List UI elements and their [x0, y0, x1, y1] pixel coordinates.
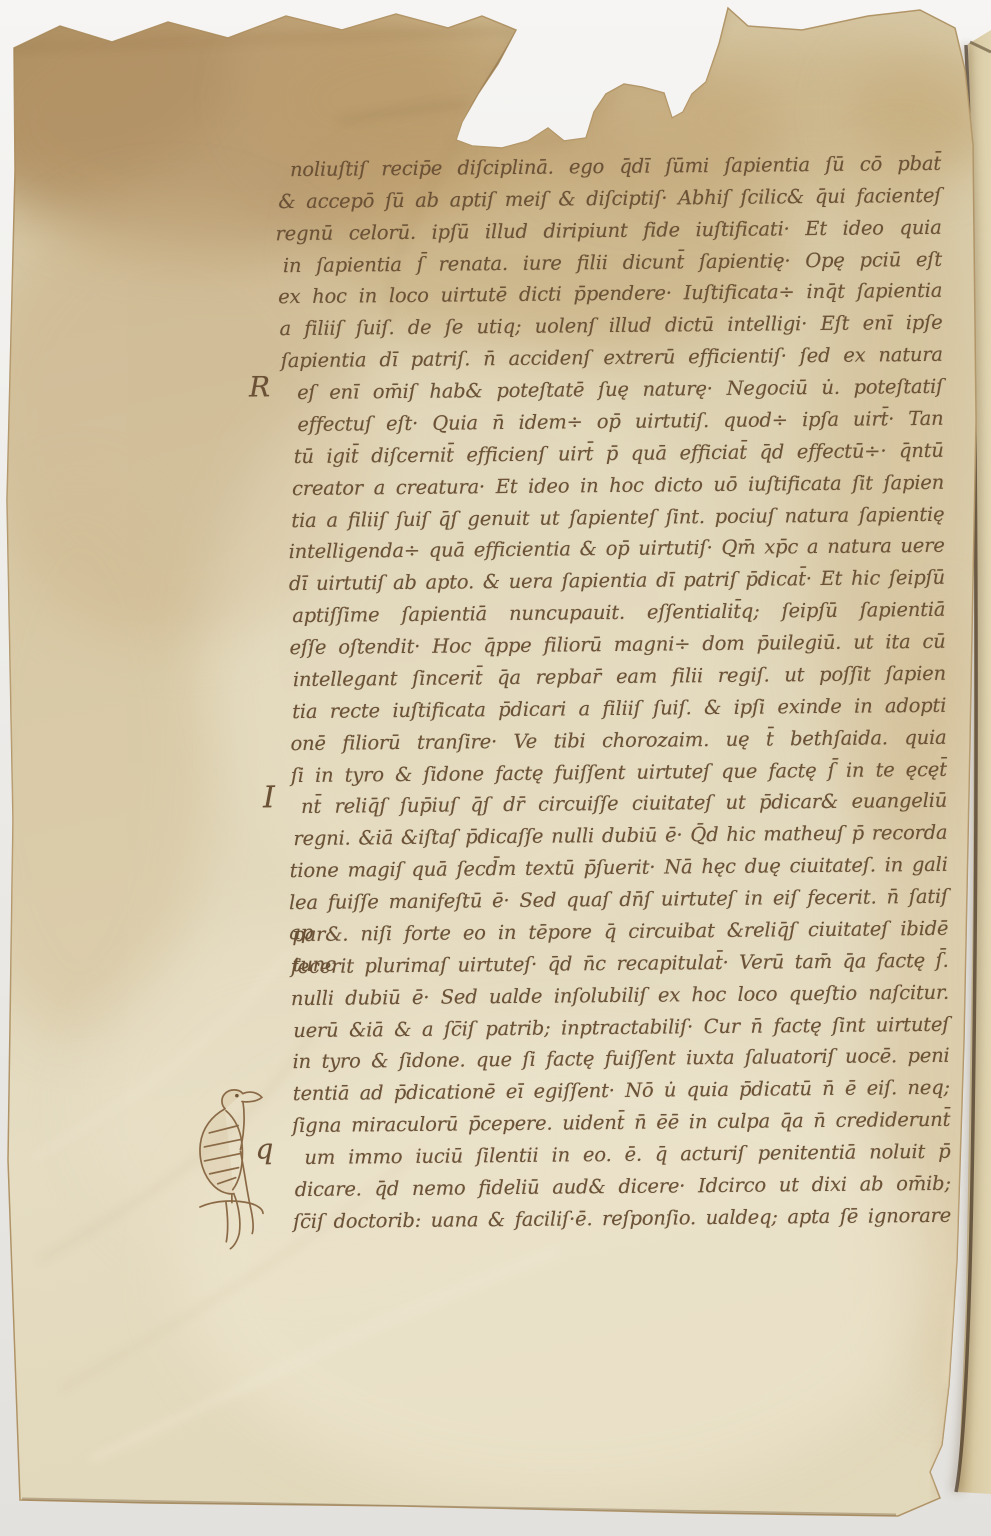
manuscript-photo	[0, 0, 991, 1536]
